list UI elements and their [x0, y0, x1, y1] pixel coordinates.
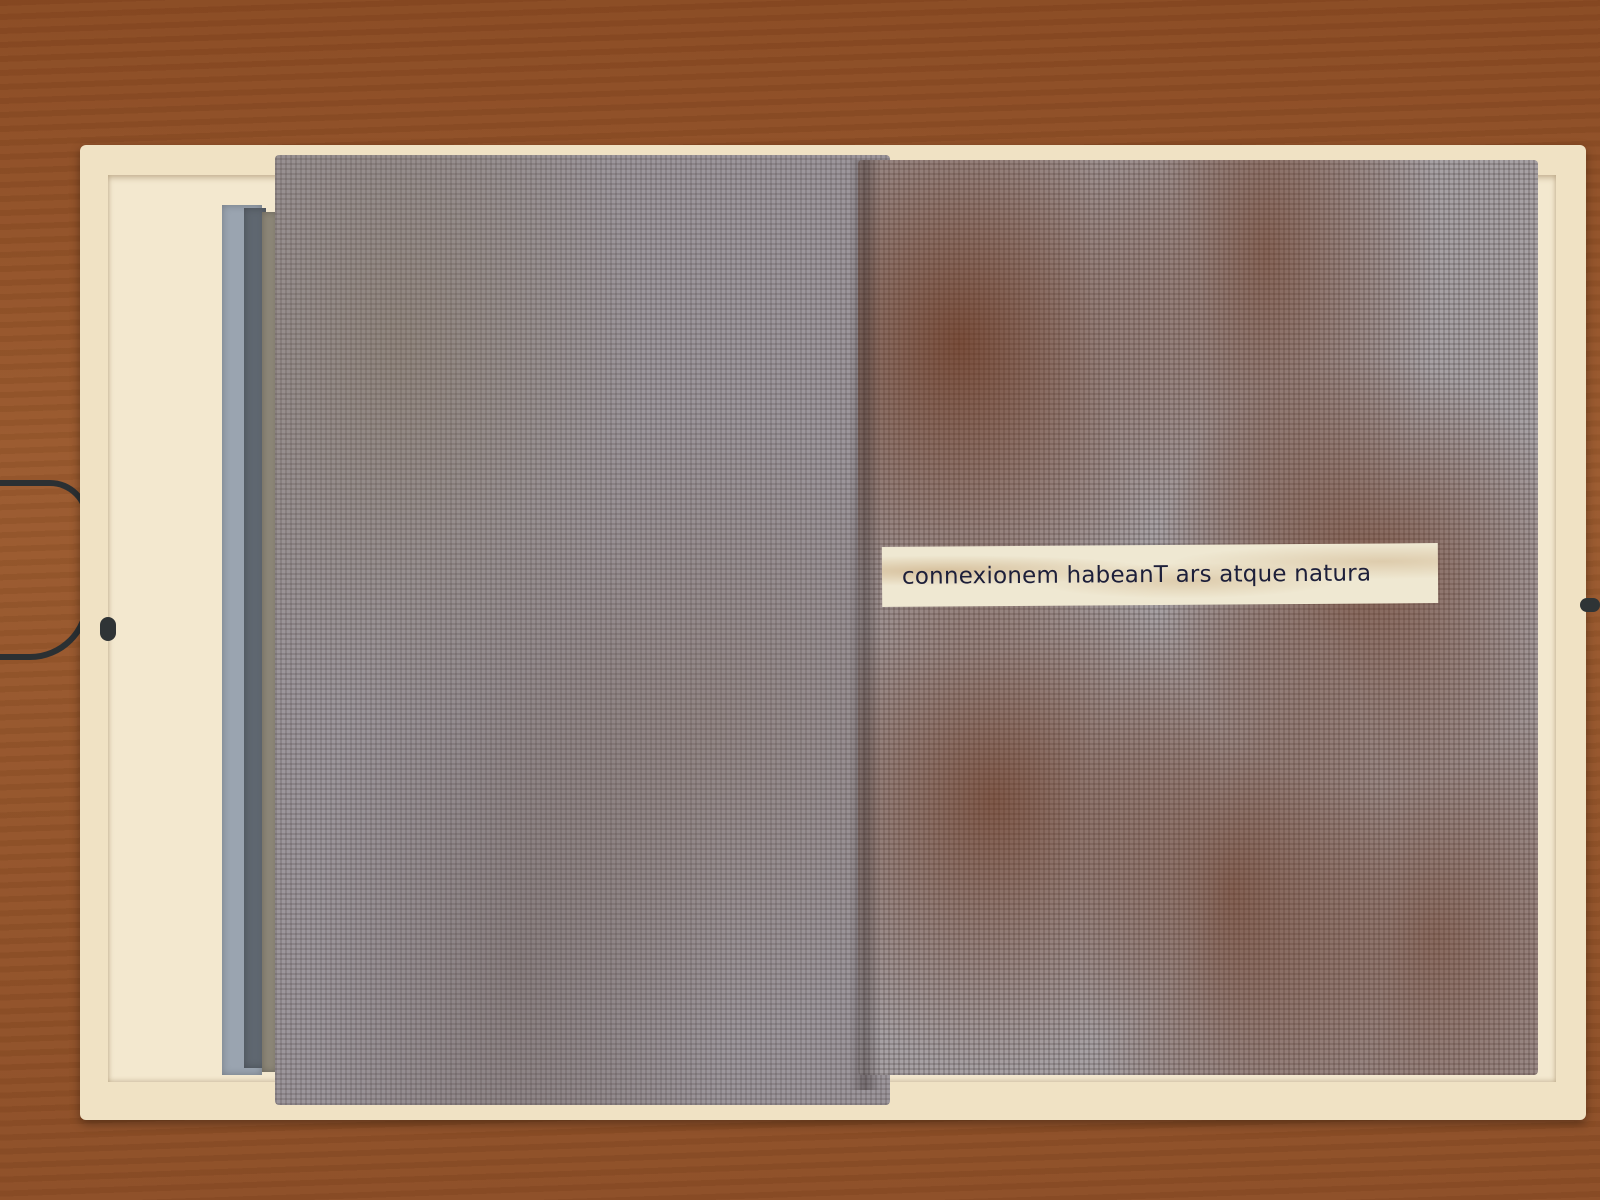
label-text: connexionem habeanT ars atque natura [902, 561, 1371, 590]
wooden-table: connexionem habeanT ars atque natura [0, 0, 1600, 1200]
left-page [275, 155, 890, 1105]
book-gutter [850, 160, 880, 1090]
text-label-strip: connexionem habeanT ars atque natura [882, 543, 1438, 607]
left-clasp-knob [100, 617, 116, 641]
right-clasp-knob [1580, 598, 1600, 612]
cable-strap [0, 480, 90, 660]
right-page [858, 160, 1538, 1075]
